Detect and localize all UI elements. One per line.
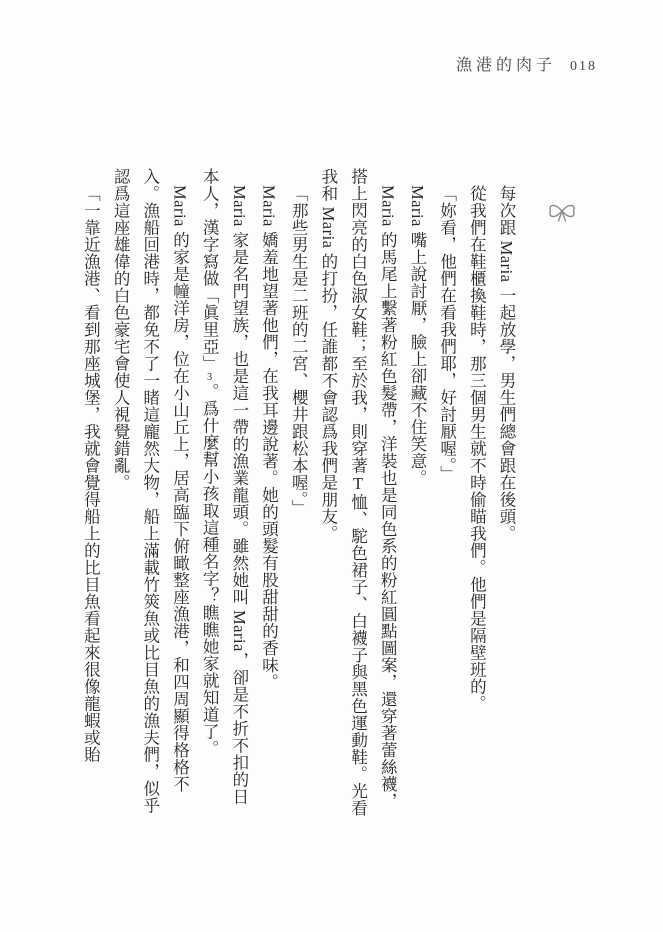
text-run: 「那些男生是二班的二宮、櫻井跟松本喔。」	[289, 185, 308, 517]
paragraph: Maria 家是名門望族，也是這一帶的漁業龍頭。雖然她叫 Maria，卻是不折不…	[194, 168, 253, 820]
bow-ribbon-icon	[547, 196, 577, 226]
text-run: 「妳看，他們在看我們耶，好討厭喔。」	[438, 185, 457, 483]
running-header: 漁港的肉子 018	[456, 52, 597, 75]
paragraph: 「一靠近漁港、看到那座城堡，我就會覺得船上的比目魚看起來很像龍蝦或貽	[76, 168, 106, 820]
text-run: Maria 嬌羞地望著他們，在我耳邊說著。她的頭髮有股甜甜的香味。	[260, 185, 279, 690]
paragraph: Maria 嬌羞地望著他們，在我耳邊說著。她的頭髮有股甜甜的香味。	[254, 168, 284, 820]
paragraph: Maria 的家是幢洋房，位在小山丘上，居高臨下俯瞰整座漁港，和四周顯得格格不入…	[105, 168, 194, 820]
text-run: 每次跟 Maria 一起放學，男生們總會跟在後頭。	[497, 185, 516, 542]
paragraph: 「妳看，他們在看我們耶，好討厭喔。」	[432, 168, 462, 820]
paragraph: 每次跟 Maria 一起放學，男生們總會跟在後頭。	[491, 168, 521, 820]
text-run: 「一靠近漁港、看到那座城堡，我就會覺得船上的比目魚看起來很像龍蝦或貽	[81, 185, 100, 763]
paragraph: Maria 的馬尾上繫著粉紅色髮帶，洋裝也是同色系的粉紅圓點圖案，還穿著蕾絲襪，…	[313, 168, 402, 820]
text-run: 從我們在鞋櫃換鞋時，那三個男生就不時偷瞄我們。他們是隔壁班的。	[467, 185, 486, 712]
text-run: 。爲什麼幫小孩取這種名字？瞧瞧她家就知道了。	[200, 383, 219, 757]
page-number: 018	[570, 59, 597, 75]
book-title: 漁港的肉子	[456, 52, 556, 75]
text-run: Maria 的家是幢洋房，位在小山丘上，居高臨下俯瞰整座漁港，和四周顯得格格不入…	[111, 168, 189, 814]
paragraph: Maria 嘴上說討厭，臉上卻藏不住笑意。	[402, 168, 432, 820]
text-run: T	[349, 474, 368, 494]
footnote-marker: 3	[204, 372, 215, 383]
book-page: 漁港的肉子 018 每次跟 Maria 一起放學，男生們總會跟在後頭。從我們在鞋…	[0, 0, 663, 932]
paragraph: 「那些男生是二班的二宮、櫻井跟松本喔。」	[284, 168, 314, 820]
text-run: Maria 嘴上說討厭，臉上卻藏不住笑意。	[408, 185, 427, 486]
paragraph: 從我們在鞋櫃換鞋時，那三個男生就不時偷瞄我們。他們是隔壁班的。	[462, 168, 492, 820]
text-block: 每次跟 Maria 一起放學，男生們總會跟在後頭。從我們在鞋櫃換鞋時，那三個男生…	[67, 168, 521, 820]
